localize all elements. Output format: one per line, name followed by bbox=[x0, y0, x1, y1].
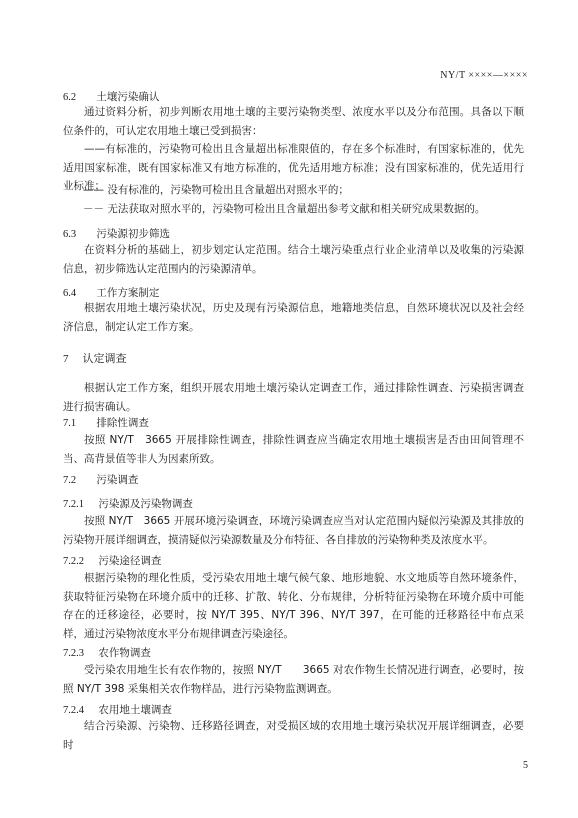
list-item: —— 没有标准的，污染物可检出且含量超出对照水平的； bbox=[83, 182, 349, 197]
paragraph: 根据农用地土壤污染状况，历史及现有污染源信息，地籍地类信息，自然环境状况以及社会… bbox=[63, 299, 524, 336]
section-title: 土壤污染确认 bbox=[96, 91, 159, 103]
section-title: 工作方案制定 bbox=[96, 287, 159, 299]
heading-7-2: 7.2 污染调查 bbox=[63, 472, 138, 487]
section-title: 污染调查 bbox=[96, 474, 138, 486]
page-number: 5 bbox=[523, 760, 528, 771]
paragraph: 根据污染物的理化性质，受污染农用地土壤气候气象、地形地貌、水文地质等自然环境条件… bbox=[63, 569, 524, 643]
section-title: 污染途径调查 bbox=[98, 555, 161, 567]
section-title: 排除性调查 bbox=[96, 417, 149, 429]
heading-7-1: 7.1 排除性调查 bbox=[63, 415, 149, 430]
section-number: 7.1 bbox=[63, 418, 93, 429]
paragraph: 按照 NY/T 3665 开展排除性调查，排除性调查应当确定农用地土壤损害是否由… bbox=[63, 431, 524, 468]
paragraph: 根据认定工作方案，组织开展农用地土壤污染认定调查工作，通过排除性调查、污染损害调… bbox=[63, 379, 524, 416]
paragraph: 在资料分析的基础上，初步划定认定范围。结合土壤污染重点行业企业清单以及收集的污染… bbox=[63, 241, 524, 278]
heading-6-4: 6.4 工作方案制定 bbox=[63, 285, 159, 300]
paragraph: 受污染农用地生长有农作物的，按照 NY/T 3665 对农作物生长情况进行调查，… bbox=[63, 661, 524, 698]
section-number: 7.2.2 bbox=[63, 556, 95, 567]
heading-6-3: 6.3 污染源初步筛选 bbox=[63, 226, 170, 241]
heading-7-2-1: 7.2.1 污染源及污染物调查 bbox=[63, 496, 193, 511]
section-number: 7.2.4 bbox=[63, 705, 95, 716]
standard-code-header: NY/T ××××—×××× bbox=[440, 70, 528, 81]
heading-7: 7 认定调查 bbox=[63, 350, 127, 366]
paragraph: 通过资料分析，初步判断农用地土壤的主要污染物类型、浓度水平以及分布范围。具备以下… bbox=[63, 103, 524, 140]
section-number: 7.2.1 bbox=[63, 499, 95, 510]
paragraph: 按照 NY/T 3665 开展环境污染调查，环境污染调查应当对认定范围内疑似污染… bbox=[63, 512, 524, 549]
section-title: 农用地土壤调查 bbox=[98, 704, 172, 716]
section-title: 认定调查 bbox=[83, 352, 127, 365]
section-number: 6.4 bbox=[63, 288, 93, 299]
list-item: －－ 无法获取对照水平的，污染物可检出且含量超出参考文献和相关研究成果数据的。 bbox=[83, 201, 485, 216]
section-number: 7.2.3 bbox=[63, 648, 95, 659]
section-title: 农作物调查 bbox=[98, 647, 151, 659]
heading-7-2-2: 7.2.2 污染途径调查 bbox=[63, 553, 161, 568]
section-number: 6.2 bbox=[63, 92, 93, 103]
heading-6-2: 6.2 土壤污染确认 bbox=[63, 89, 159, 104]
section-number: 7.2 bbox=[63, 475, 93, 486]
paragraph: 结合污染源、污染物、迁移路径调查，对受损区域的农用地土壤污染状况开展详细调查，必… bbox=[63, 717, 524, 754]
section-number: 7 bbox=[63, 353, 79, 365]
heading-7-2-4: 7.2.4 农用地土壤调查 bbox=[63, 702, 172, 717]
heading-7-2-3: 7.2.3 农作物调查 bbox=[63, 645, 151, 660]
section-title: 污染源初步筛选 bbox=[96, 228, 170, 240]
section-title: 污染源及污染物调查 bbox=[98, 498, 193, 510]
document-page: NY/T ××××—×××× 6.2 土壤污染确认 通过资料分析，初步判断农用地… bbox=[0, 0, 578, 818]
section-number: 6.3 bbox=[63, 229, 93, 240]
